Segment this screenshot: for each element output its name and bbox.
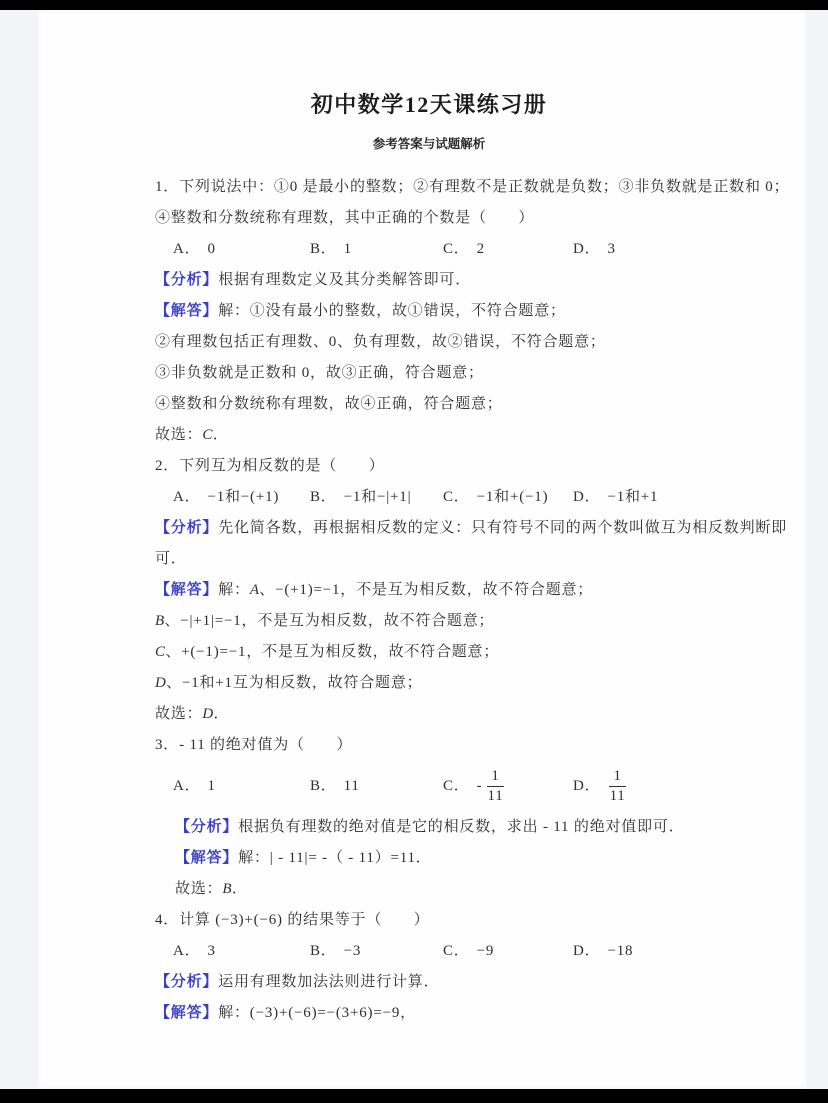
option-value: −18 bbox=[607, 936, 633, 966]
fraction: 111 bbox=[609, 767, 625, 806]
option-c: C．−9 bbox=[443, 936, 573, 966]
text-run: 先化简各数，再根据相反数的定义：只有符号不同的两个数叫做互为相反数判断即 bbox=[218, 520, 787, 536]
option-a: A．1 bbox=[173, 771, 310, 801]
text-run: ． bbox=[232, 881, 248, 897]
option-letter: C． bbox=[443, 771, 470, 801]
option-letter: A． bbox=[173, 771, 200, 801]
answer-1-line-2: ②有理数包括正有理数、0、负有理数，故②错误，不符合题意； bbox=[155, 327, 703, 357]
options-4: A．3B．−3C．−9D．−18 bbox=[155, 936, 703, 966]
option-b: B．11 bbox=[310, 771, 443, 801]
fraction-denominator: 11 bbox=[609, 787, 625, 806]
option-letter: D． bbox=[573, 482, 600, 512]
text-run: 4．计算 (−3)+(−6) 的结果等于（ ） bbox=[155, 912, 430, 928]
text-run: 解： bbox=[218, 582, 250, 598]
options-2: A．−1和−(+1)B．−1和−|+1|C．−1和+(−1)D．−1和+1 bbox=[155, 482, 703, 512]
choice-3: 故选：B． bbox=[155, 874, 703, 904]
question-1-line-1: 1．下列说法中：①0 是最小的整数；②有理数不是正数就是负数；③非负数就是正数和… bbox=[155, 172, 703, 202]
analysis-label: 【分析】 bbox=[155, 974, 218, 990]
option-value: −1和−(+1) bbox=[207, 482, 279, 512]
option-value: 2 bbox=[477, 234, 485, 264]
option-value: 11 bbox=[344, 771, 360, 801]
page-background: 初中数学12天课练习册 参考答案与试题解析 1．下列说法中：①0 是最小的整数；… bbox=[0, 10, 828, 1089]
option-letter: A． bbox=[173, 234, 200, 264]
text-run: 2．下列互为相反数的是（ ） bbox=[155, 458, 385, 474]
text-run: 故选： bbox=[175, 881, 222, 897]
answer-2-line-1: 【解答】解：A、−(+1)=−1，不是互为相反数，故不符合题意； bbox=[155, 575, 703, 605]
analysis-label: 【分析】 bbox=[155, 520, 218, 536]
analysis-2-line-1: 【分析】先化简各数，再根据相反数的定义：只有符号不同的两个数叫做互为相反数判断即 bbox=[155, 513, 703, 543]
text-run: 可． bbox=[155, 551, 187, 567]
text-run: 解：(−3)+(−6)=−(3+6)=−9， bbox=[218, 1005, 416, 1021]
minus-sign: - bbox=[477, 771, 483, 801]
fraction-numerator: 1 bbox=[609, 767, 625, 787]
option-value: −9 bbox=[477, 936, 495, 966]
answer-1-line-1: 【解答】解：①没有最小的整数，故①错误，不符合题意； bbox=[155, 296, 703, 326]
analysis-3: 【分析】根据负有理数的绝对值是它的相反数，求出 - 11 的绝对值即可． bbox=[155, 812, 703, 842]
option-letter: B． bbox=[310, 234, 337, 264]
option-letter: D． bbox=[573, 771, 600, 801]
answer-3: 【解答】解：| - 11|= -（ - 11）=11． bbox=[155, 843, 703, 873]
page-title: 初中数学12天课练习册 bbox=[155, 90, 703, 120]
option-value: 0 bbox=[207, 234, 215, 264]
option-value: 3 bbox=[607, 234, 615, 264]
answer-2-line-2: B、−|+1|=−1，不是互为相反数，故不符合题意； bbox=[155, 606, 703, 636]
option-b: B．1 bbox=[310, 234, 443, 264]
options-3: A．1B．11C．-111D．111 bbox=[155, 761, 703, 811]
option-letter: A． bbox=[173, 936, 200, 966]
option-letter: A． bbox=[173, 482, 200, 512]
option-a: A．0 bbox=[173, 234, 310, 264]
fraction: 111 bbox=[487, 767, 503, 806]
option-value: −1和+(−1) bbox=[477, 482, 549, 512]
text-run: 故选： bbox=[155, 706, 202, 722]
option-letter: B． bbox=[310, 482, 337, 512]
option-a: A．−1和−(+1) bbox=[173, 482, 310, 512]
option-letter: C． bbox=[443, 234, 470, 264]
option-value: −3 bbox=[344, 936, 362, 966]
option-c: C．2 bbox=[443, 234, 573, 264]
text-run: ④整数和分数统称有理数，故④正确，符合题意； bbox=[155, 396, 503, 412]
italic-letter: C bbox=[155, 644, 165, 660]
answer-1-line-4: ④整数和分数统称有理数，故④正确，符合题意； bbox=[155, 389, 703, 419]
document-paper: 初中数学12天课练习册 参考答案与试题解析 1．下列说法中：①0 是最小的整数；… bbox=[38, 10, 807, 1089]
italic-letter: A bbox=[250, 582, 259, 598]
text-run: 根据负有理数的绝对值是它的相反数，求出 - 11 的绝对值即可． bbox=[238, 819, 684, 835]
analysis-label: 【分析】 bbox=[175, 819, 238, 835]
text-run: 故选： bbox=[155, 427, 202, 443]
answer-1-line-3: ③非负数就是正数和 0，故③正确，符合题意； bbox=[155, 358, 703, 388]
text-run: 、−(+1)=−1，不是互为相反数，故不符合题意； bbox=[259, 582, 593, 598]
text-run: 解：| - 11|= -（ - 11）=11． bbox=[238, 850, 431, 866]
answer-2-line-4: D、−1和+1互为相反数，故符合题意； bbox=[155, 668, 703, 698]
option-value: 1 bbox=[207, 771, 215, 801]
italic-letter: B bbox=[222, 881, 231, 897]
answer-label: 【解答】 bbox=[155, 582, 218, 598]
option-letter: C． bbox=[443, 482, 470, 512]
question-1-line-2: ④整数和分数统称有理数，其中正确的个数是（ ） bbox=[155, 203, 703, 233]
text-run: 3．- 11 的绝对值为（ ） bbox=[155, 737, 352, 753]
answer-label: 【解答】 bbox=[175, 850, 238, 866]
option-value: −1和−|+1| bbox=[344, 482, 412, 512]
option-c: C．-111 bbox=[443, 767, 573, 806]
text-run: 、+(−1)=−1，不是互为相反数，故不符合题意； bbox=[165, 644, 499, 660]
option-value: 1 bbox=[344, 234, 352, 264]
fraction-denominator: 11 bbox=[487, 787, 503, 806]
option-value: −1和+1 bbox=[607, 482, 658, 512]
text-run: ④整数和分数统称有理数，其中正确的个数是（ ） bbox=[155, 210, 534, 226]
option-a: A．3 bbox=[173, 936, 310, 966]
answer-2-line-3: C、+(−1)=−1，不是互为相反数，故不符合题意； bbox=[155, 637, 703, 667]
text-run: 运用有理数加法法则进行计算． bbox=[218, 974, 439, 990]
option-d: D．−1和+1 bbox=[573, 482, 703, 512]
option-c: C．−1和+(−1) bbox=[443, 482, 573, 512]
text-run: ． bbox=[213, 427, 229, 443]
option-letter: C． bbox=[443, 936, 470, 966]
options-1: A．0B．1C．2D．3 bbox=[155, 234, 703, 264]
question-2: 2．下列互为相反数的是（ ） bbox=[155, 451, 703, 481]
answer-label: 【解答】 bbox=[155, 303, 218, 319]
screenshot-root: 初中数学12天课练习册 参考答案与试题解析 1．下列说法中：①0 是最小的整数；… bbox=[0, 0, 828, 1103]
text-run: ③非负数就是正数和 0，故③正确，符合题意； bbox=[155, 365, 484, 381]
text-run: 根据有理数定义及其分类解答即可． bbox=[218, 272, 471, 288]
document-content: 初中数学12天课练习册 参考答案与试题解析 1．下列说法中：①0 是最小的整数；… bbox=[38, 10, 807, 1028]
option-value: 3 bbox=[207, 936, 215, 966]
option-letter: D． bbox=[573, 936, 600, 966]
text-run: 解：①没有最小的整数，故①错误，不符合题意； bbox=[218, 303, 566, 319]
question-3: 3．- 11 的绝对值为（ ） bbox=[155, 730, 703, 760]
answer-label: 【解答】 bbox=[155, 1005, 218, 1021]
italic-letter: C bbox=[202, 427, 212, 443]
analysis-1: 【分析】根据有理数定义及其分类解答即可． bbox=[155, 265, 703, 295]
fraction-numerator: 1 bbox=[487, 767, 503, 787]
italic-letter: D bbox=[202, 706, 213, 722]
option-letter: D． bbox=[573, 234, 600, 264]
page-subtitle: 参考答案与试题解析 bbox=[155, 134, 703, 154]
option-d: D．3 bbox=[573, 234, 703, 264]
analysis-4: 【分析】运用有理数加法法则进行计算． bbox=[155, 967, 703, 997]
italic-letter: D bbox=[155, 675, 166, 691]
choice-1: 故选：C． bbox=[155, 420, 703, 450]
text-run: ②有理数包括正有理数、0、负有理数，故②错误，不符合题意； bbox=[155, 334, 606, 350]
option-letter: B． bbox=[310, 936, 337, 966]
text-run: 、−|+1|=−1，不是互为相反数，故不符合题意； bbox=[164, 613, 494, 629]
question-4: 4．计算 (−3)+(−6) 的结果等于（ ） bbox=[155, 905, 703, 935]
option-b: B．−1和−|+1| bbox=[310, 482, 443, 512]
text-run: ． bbox=[214, 706, 230, 722]
option-d: D．−18 bbox=[573, 936, 703, 966]
analysis-label: 【分析】 bbox=[155, 272, 218, 288]
option-b: B．−3 bbox=[310, 936, 443, 966]
choice-2: 故选：D． bbox=[155, 699, 703, 729]
option-letter: B． bbox=[310, 771, 337, 801]
text-run: 1．下列说法中：①0 是最小的整数；②有理数不是正数就是负数；③非负数就是正数和… bbox=[155, 179, 789, 195]
text-run: 、−1和+1互为相反数，故符合题意； bbox=[166, 675, 422, 691]
analysis-2-line-2: 可． bbox=[155, 544, 703, 574]
option-d: D．111 bbox=[573, 767, 703, 806]
answer-4: 【解答】解：(−3)+(−6)=−(3+6)=−9， bbox=[155, 998, 703, 1028]
doc-body: 1．下列说法中：①0 是最小的整数；②有理数不是正数就是负数；③非负数就是正数和… bbox=[155, 172, 703, 1028]
